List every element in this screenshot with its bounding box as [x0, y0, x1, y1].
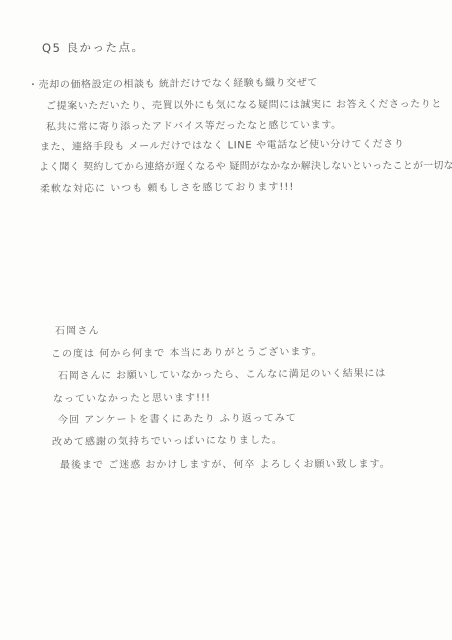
handwritten-line: なっていなかったと思います!!!	[53, 389, 211, 405]
handwritten-line: また、連絡手段も メールだけではなく LINE や電話など使い分けてくださり	[40, 135, 405, 153]
handwritten-line: 今回 アンケートを書くにあたり ふり返ってみて	[58, 409, 297, 426]
handwritten-line: 最後まで ご迷惑 おかけしますが、何卒 よろしくお願い致します。	[60, 455, 391, 471]
handwritten-line: 改めて感謝の気持ちでいっぱいになりました。	[52, 431, 283, 448]
question-label: Q5 良かった点。	[42, 39, 145, 56]
handwritten-line: 石岡さんに お願いしていなかったら、こんなに満足のいく結果には	[58, 364, 386, 382]
handwritten-line: 私共に常に寄り添ったアドバイス等だったなと感じています。	[46, 116, 342, 133]
handwritten-line: ・売却の価格設定の相談も 統計だけでなく経験も織り交ぜて	[28, 73, 318, 91]
paper-sheet: Q5 良かった点。 ・売却の価格設定の相談も 統計だけでなく経験も織り交ぜて ご…	[0, 0, 452, 640]
handwritten-line: ご提案いただいたり、売買以外にも気になる疑問には誠実に お答えくださったりと	[46, 95, 442, 112]
handwritten-line: よく聞く 契約してから連絡が遅くなるや 疑問がなかなか解決しないといったことが一…	[39, 156, 452, 173]
handwritten-line: この度は 何から何まで 本当にありがとうございます。	[51, 343, 323, 360]
recipient-name-line: 石岡さん	[55, 322, 100, 337]
handwritten-line: 柔軟な対応に いつも 頼もしさを感じております!!!	[40, 178, 295, 195]
